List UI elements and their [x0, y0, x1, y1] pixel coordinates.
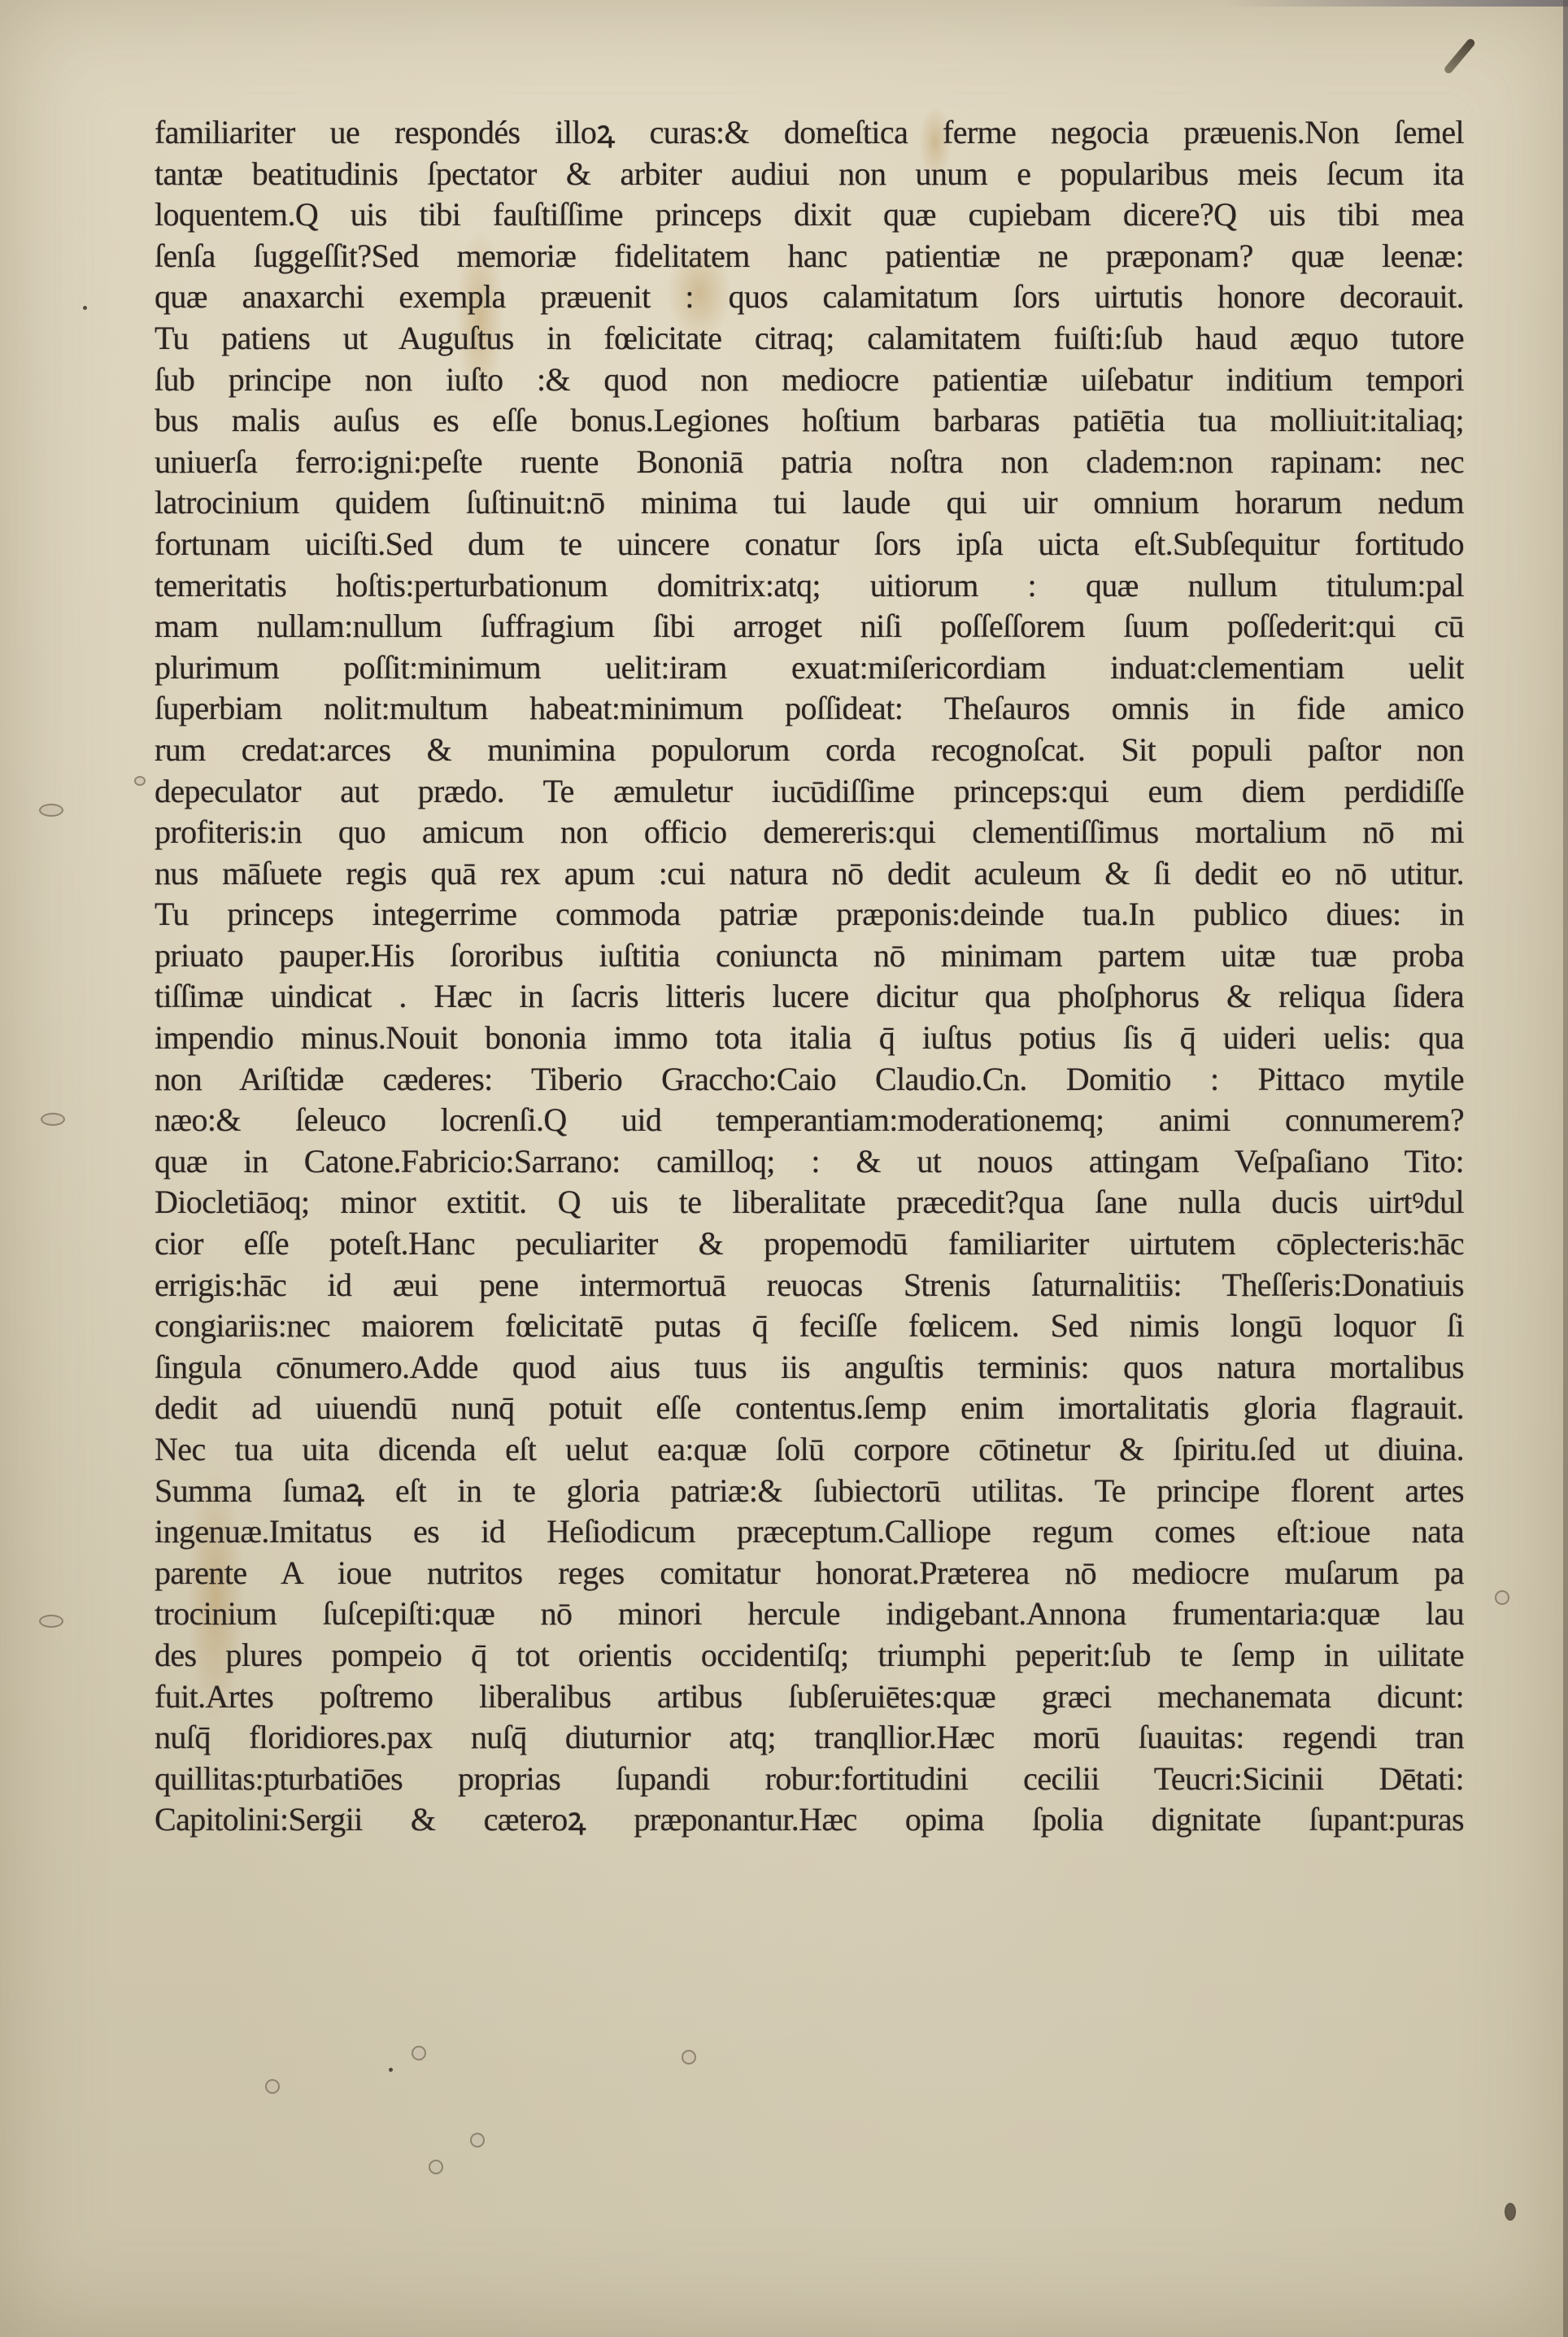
text-line: loquentem.Q uis tibi fauſtiſſime princep… — [155, 194, 1464, 236]
text-line: Capitolini:Sergii & cæteroꝝ præponantur.… — [155, 1799, 1464, 1841]
text-line: Tu princeps integerrime commoda patriæ p… — [155, 894, 1464, 935]
wormhole — [134, 776, 146, 786]
text-line: impendio minus.Nouit bononia immo tota i… — [155, 1018, 1464, 1059]
text-line: ingenuæ.Imitatus es id Heſiodicum præcep… — [155, 1511, 1464, 1553]
wormhole — [412, 2046, 426, 2060]
text-line: profiteris:in quo amicum non officio dem… — [155, 812, 1464, 853]
wormhole — [429, 2160, 443, 2174]
text-line: depeculator aut prædo. Te æmuletur iucūd… — [155, 771, 1464, 813]
text-line: tantæ beatitudinis ſpectator & arbiter a… — [155, 154, 1464, 195]
text-line: plurimum poſſit:minimum uelit:iram exuat… — [155, 647, 1464, 689]
text-line: quillitas:pturbatiōes proprias ſupandi r… — [155, 1759, 1464, 1800]
text-line: latrocinium quidem ſuſtinuit:nō minima t… — [155, 482, 1464, 524]
text-line: ſenſa ſuggeſſit?Sed memoriæ fidelitatem … — [155, 236, 1464, 277]
ink-stroke-mark — [1443, 37, 1476, 75]
text-line: Summa ſumaꝝ eſt in te gloria patriæ:& ſu… — [155, 1471, 1464, 1512]
text-line: trocinium ſuſcepiſti:quæ nō minori hercu… — [155, 1594, 1464, 1635]
text-line: ſingula cōnumero.Adde quod aius tuus iis… — [155, 1347, 1464, 1389]
page-background: familiariter ue respondés illoꝝ curas:& … — [0, 0, 1568, 2337]
text-line: fuit.Artes poſtremo liberalibus artibus … — [155, 1676, 1464, 1718]
text-line: ſub principe non iuſto :& quod non medio… — [155, 360, 1464, 401]
text-line: dedit ad uiuendū nunq̄ potuit eſſe conte… — [155, 1388, 1464, 1429]
text-line: nuſq̄ floridiores.pax nuſq̄ diuturnior a… — [155, 1717, 1464, 1759]
text-line: familiariter ue respondés illoꝝ curas:& … — [155, 112, 1464, 154]
wormhole — [682, 2050, 696, 2064]
text-line: nus māſuete regis quā rex apum :cui natu… — [155, 853, 1464, 895]
text-line: des plures pompeio q̄ tot orientis occid… — [155, 1635, 1464, 1676]
wormhole — [1505, 2203, 1516, 2221]
text-line: parente A ioue nutritos reges comitatur … — [155, 1553, 1464, 1594]
wormhole — [470, 2133, 485, 2147]
text-line: tiſſimæ uindicat . Hæc in ſacris litteri… — [155, 976, 1464, 1018]
text-line: mam nullam:nullum ſuffragium ſibi arroge… — [155, 606, 1464, 647]
text-line: congiariis:nec maiorem fœlicitatē putas … — [155, 1306, 1464, 1347]
wormhole — [39, 804, 63, 817]
text-line: errigis:hāc id æui pene intermortuā reuo… — [155, 1265, 1464, 1306]
text-line: quæ in Catone.Fabricio:Sarrano: camilloq… — [155, 1141, 1464, 1183]
page-top-edge — [1226, 0, 1568, 7]
text-line: uniuerſa ferro:igni:peſte ruente Bononiā… — [155, 442, 1464, 483]
wormhole — [265, 2079, 280, 2094]
text-line: bus malis auſus es eſſe bonus.Legiones h… — [155, 400, 1464, 442]
printed-text-block: familiariter ue respondés illoꝝ curas:& … — [155, 112, 1464, 1882]
text-line: temeritatis hoſtis:perturbationum domitr… — [155, 565, 1464, 607]
wormhole — [83, 306, 87, 310]
text-line: non Ariſtidæ cæderes: Tiberio Graccho:Ca… — [155, 1059, 1464, 1101]
text-line: ſuperbiam nolit:multum habeat:minimum po… — [155, 688, 1464, 730]
wormhole — [39, 1615, 63, 1628]
text-line — [155, 1841, 1464, 1882]
text-line: Diocletiāoq; minor extitit. Q uis te lib… — [155, 1182, 1464, 1223]
wormhole — [41, 1113, 65, 1126]
wormhole — [389, 2068, 393, 2072]
wormhole — [1495, 1590, 1509, 1605]
text-line: fortunam uiciſti.Sed dum te uincere cona… — [155, 524, 1464, 565]
text-line: quæ anaxarchi exempla præuenit : quos ca… — [155, 277, 1464, 318]
text-line: Tu patiens ut Auguſtus in fœlicitate cit… — [155, 318, 1464, 360]
text-line: cior eſſe poteſt.Hanc peculiariter & pro… — [155, 1223, 1464, 1265]
text-line: Nec tua uita dicenda eſt uelut ea:quæ ſo… — [155, 1429, 1464, 1471]
text-line: priuato pauper.His ſororibus iuſtitia co… — [155, 935, 1464, 977]
text-line: næo:& ſeleuco locrenſi.Q uid temperantia… — [155, 1100, 1464, 1141]
page-right-edge — [1563, 0, 1568, 2337]
text-line: rum credat:arces & munimina populorum co… — [155, 730, 1464, 771]
